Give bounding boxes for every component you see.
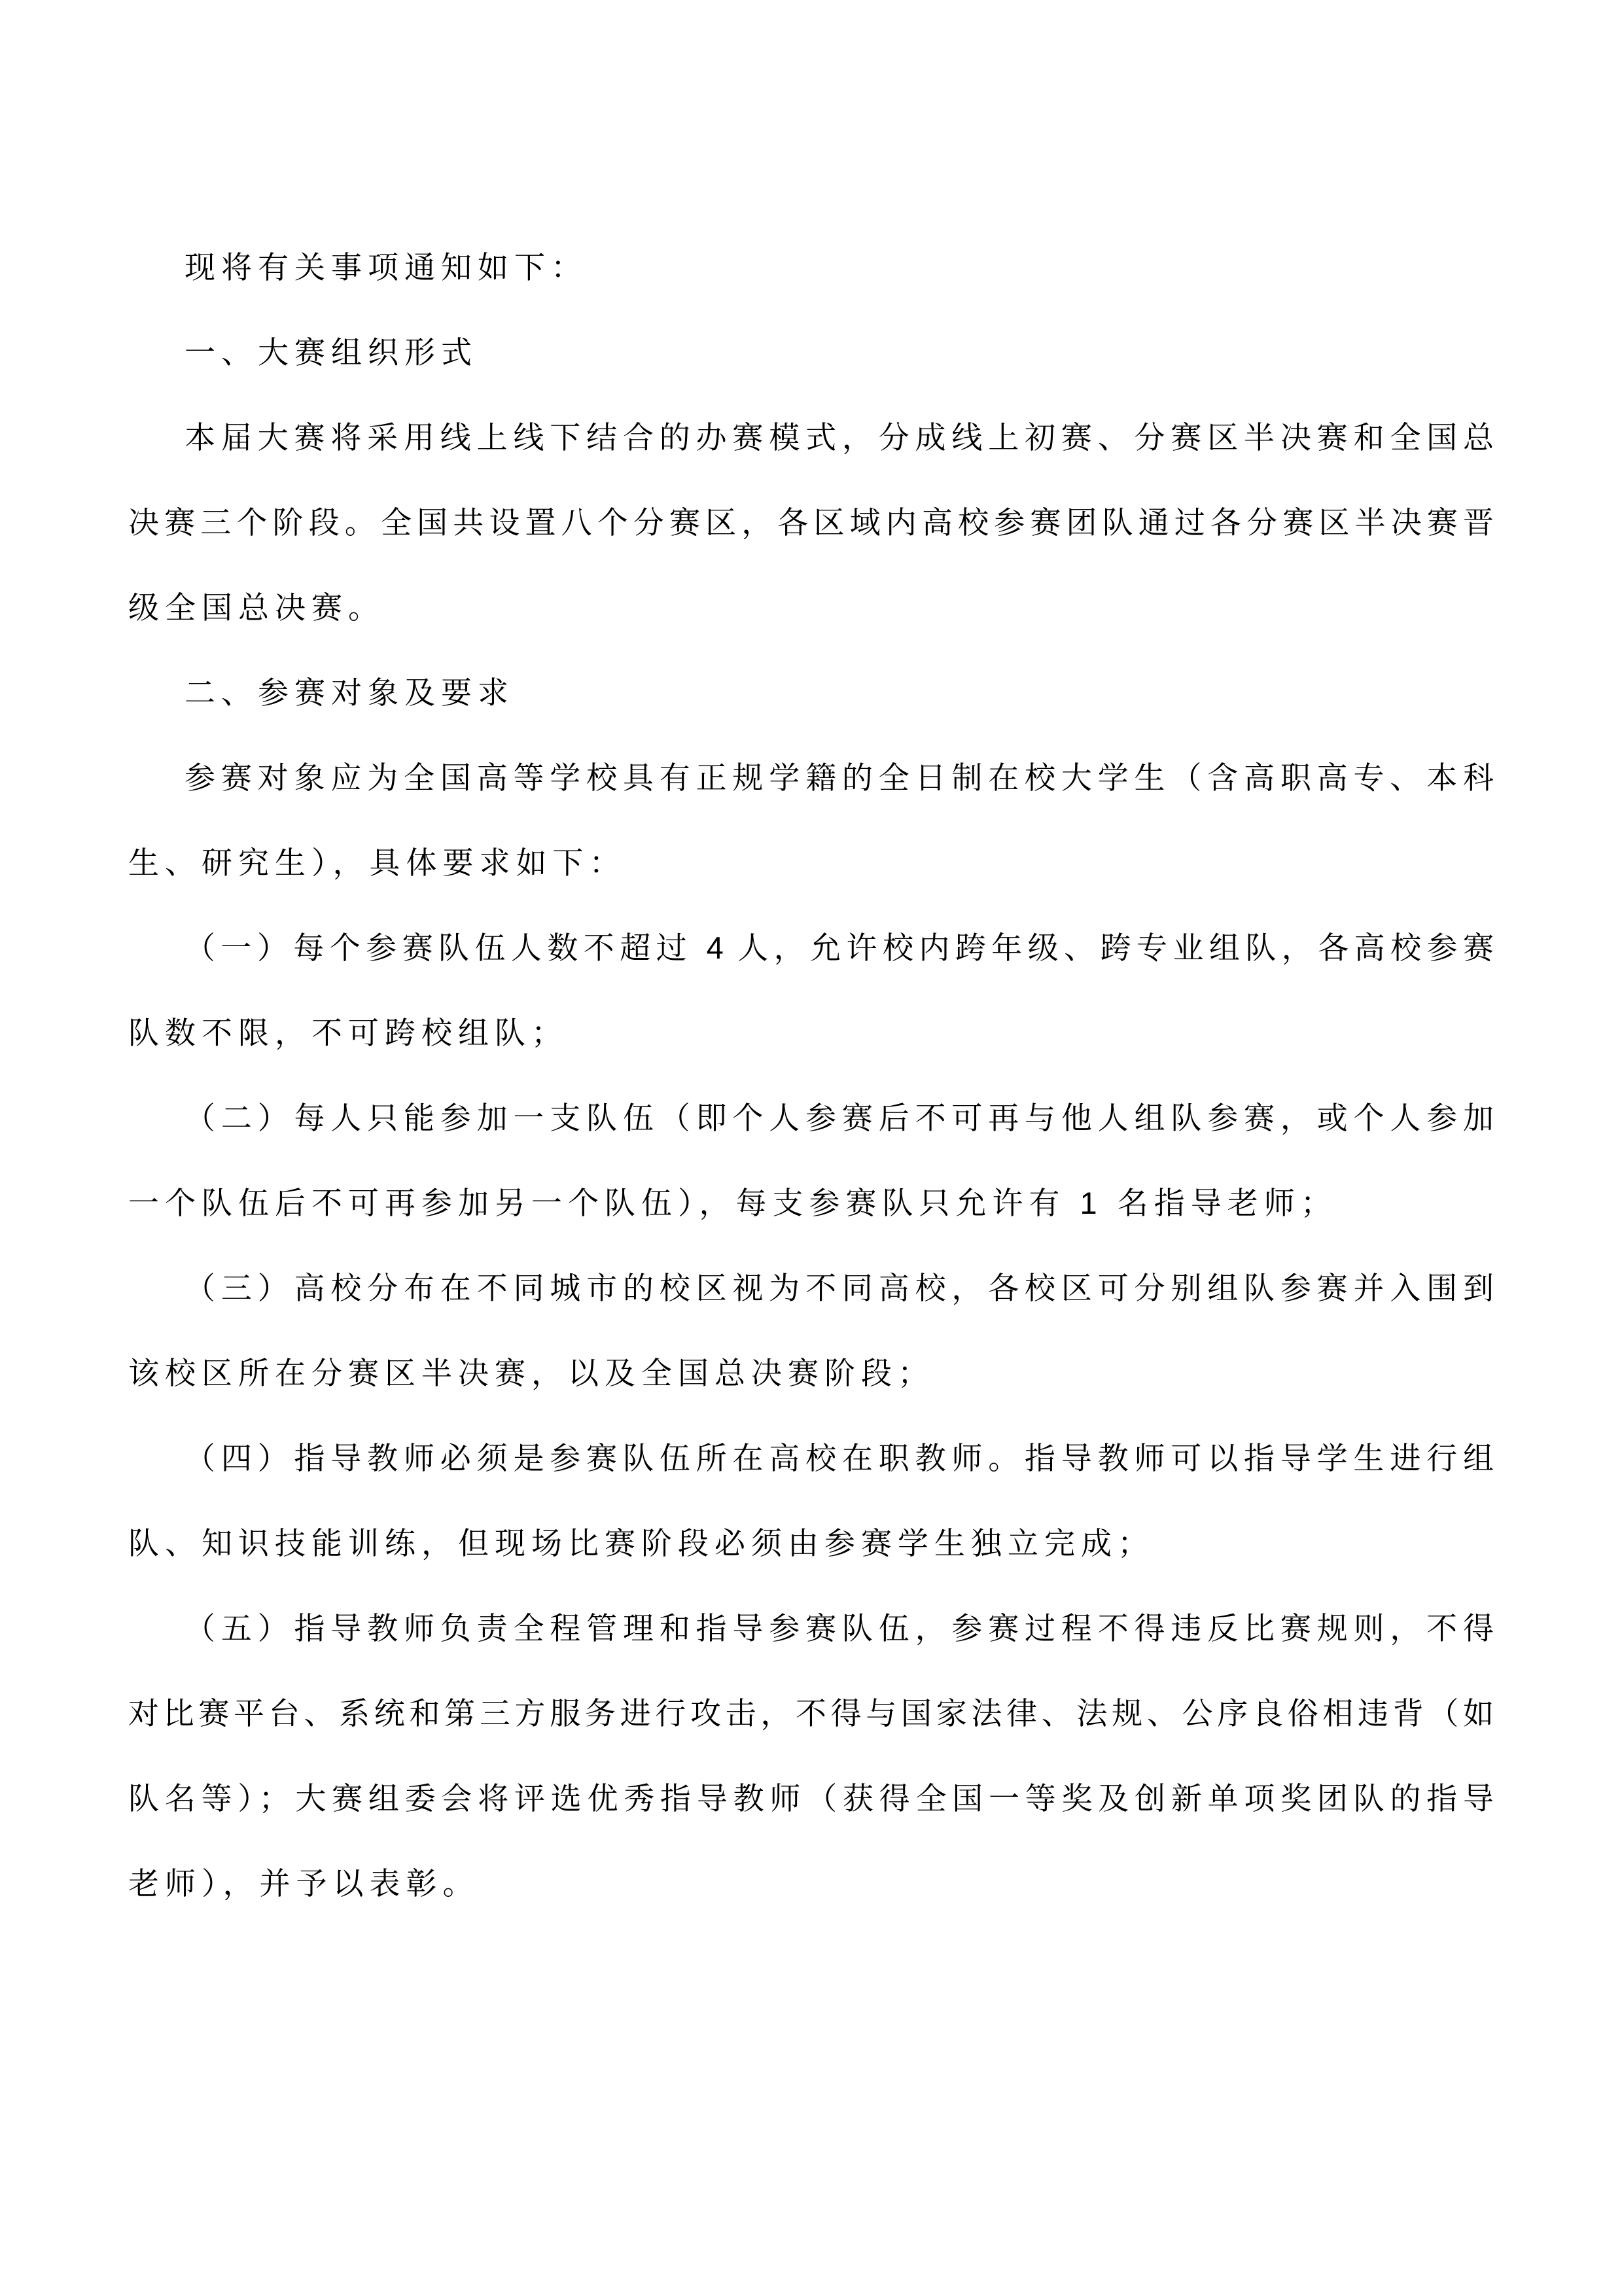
item-3-line-2: 该校区所在分赛区半决赛，以及全国总决赛阶段； [128, 1331, 1494, 1416]
section-1-para-line-3: 级全国总决赛。 [128, 565, 1494, 650]
item-1-line-2: 队数不限，不可跨校组队； [128, 991, 1494, 1076]
item-5-line-1: （五）指导教师负责全程管理和指导参赛队伍，参赛过程不得违反比赛规则，不得 [128, 1586, 1494, 1671]
item-3-line-1: （三）高校分布在不同城市的校区视为不同高校，各校区可分别组队参赛并入围到 [128, 1246, 1494, 1331]
section-1-para-line-1: 本届大赛将采用线上线下结合的办赛模式，分成线上初赛、分赛区半决赛和全国总 [128, 395, 1494, 480]
section-2-intro-line-1: 参赛对象应为全国高等学校具有正规学籍的全日制在校大学生（含高职高专、本科 [128, 735, 1494, 821]
item-4-line-1: （四）指导教师必须是参赛队伍所在高校在职教师。指导教师可以指导学生进行组 [128, 1416, 1494, 1501]
section-1-heading: 一、大赛组织形式 [128, 310, 1494, 395]
section-2-intro-line-2: 生、研究生），具体要求如下： [128, 821, 1494, 906]
item-5-line-4: 老师），并予以表彰。 [128, 1841, 1494, 1926]
item-5-line-2: 对比赛平台、系统和第三方服务进行攻击，不得与国家法律、法规、公序良俗相违背（如 [128, 1671, 1494, 1756]
section-1-para-line-2: 决赛三个阶段。全国共设置八个分赛区，各区域内高校参赛团队通过各分赛区半决赛晋 [128, 480, 1494, 565]
section-2-heading: 二、参赛对象及要求 [128, 650, 1494, 735]
document-content: 现将有关事项通知如下： 一、大赛组织形式 本届大赛将采用线上线下结合的办赛模式，… [128, 225, 1494, 1926]
item-2-line-1: （二）每人只能参加一支队伍（即个人参赛后不可再与他人组队参赛，或个人参加 [128, 1076, 1494, 1161]
item-4-line-2: 队、知识技能训练，但现场比赛阶段必须由参赛学生独立完成； [128, 1501, 1494, 1586]
item-1-line-1: （一）每个参赛队伍人数不超过 4 人，允许校内跨年级、跨专业组队，各高校参赛 [128, 906, 1494, 991]
item-5-line-3: 队名等）；大赛组委会将评选优秀指导教师（获得全国一等奖及创新单项奖团队的指导 [128, 1756, 1494, 1841]
intro-line: 现将有关事项通知如下： [128, 225, 1494, 310]
item-2-line-2: 一个队伍后不可再参加另一个队伍），每支参赛队只允许有 1 名指导老师； [128, 1161, 1494, 1246]
document-page: 现将有关事项通知如下： 一、大赛组织形式 本届大赛将采用线上线下结合的办赛模式，… [0, 0, 1622, 2296]
